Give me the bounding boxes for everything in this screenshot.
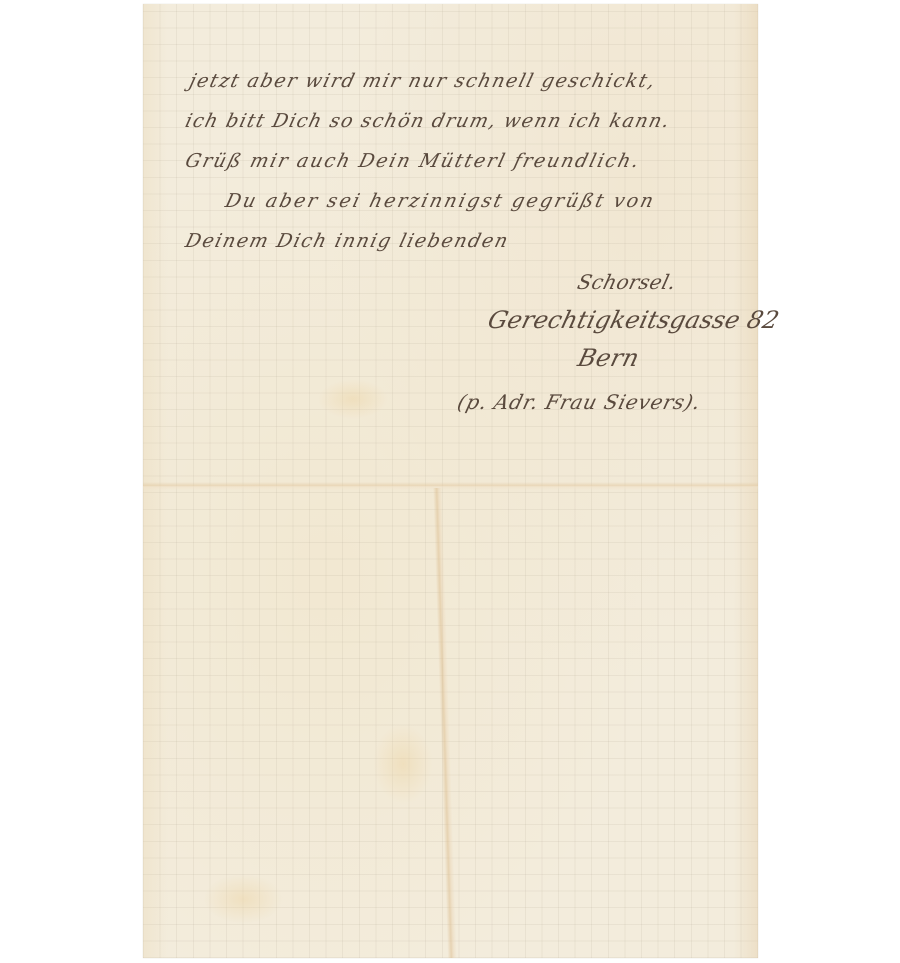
paper-stain	[373, 724, 433, 804]
letter-line-4: Du aber sei herzinnigst gegrüßt von	[223, 190, 658, 212]
address-street: Gerechtigkeitsgasse 82	[485, 306, 782, 334]
letter-line-1: jetzt aber wird mir nur schnell geschick…	[187, 70, 659, 92]
letter-line-5: Deinem Dich innig liebenden	[183, 230, 512, 252]
address-city: Bern	[575, 344, 642, 372]
letter-line-3: Grüß mir auch Dein Mütterl freundlich.	[183, 150, 643, 172]
letter-line-2: ich bitt Dich so schön drum, wenn ich ka…	[183, 110, 673, 132]
paper-stain	[203, 874, 283, 924]
horizontal-fold-line	[143, 482, 758, 490]
letter-page: jetzt aber wird mir nur schnell geschick…	[143, 4, 758, 958]
address-care-of: (p. Adr. Frau Sievers).	[455, 390, 704, 414]
paper-stain	[318, 379, 388, 419]
vertical-fold-line	[433, 488, 457, 958]
signature: Schorsel.	[575, 270, 679, 294]
